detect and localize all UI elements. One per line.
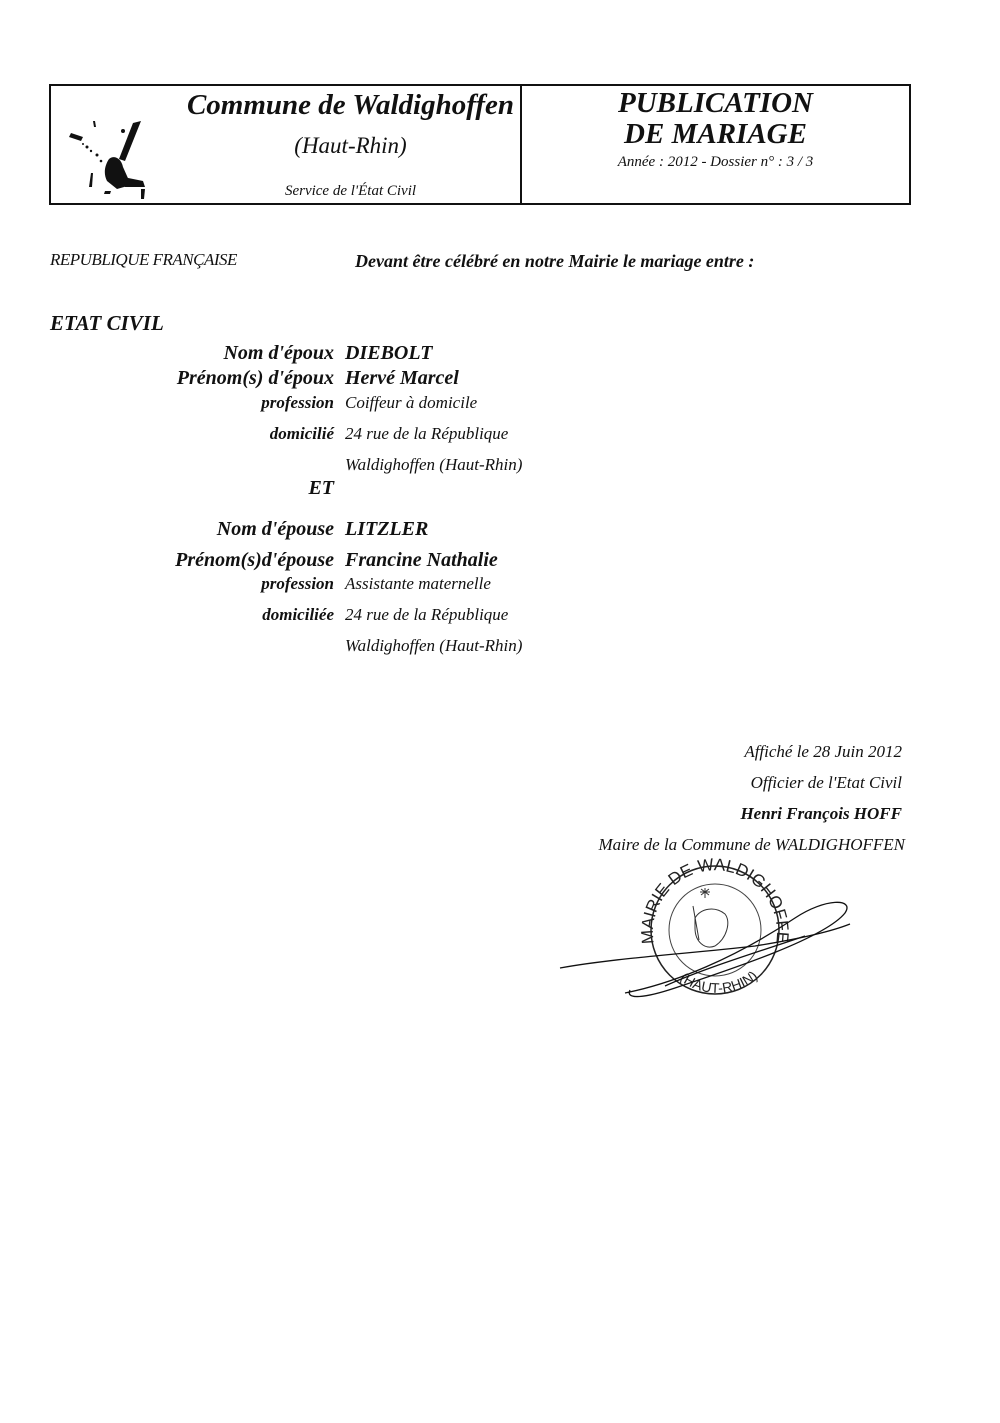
groom-address-line1: 24 rue de la République [345, 424, 508, 444]
service-name: Service de l'État Civil [181, 183, 520, 200]
bride-address-row: domiciliée 24 rue de la République [0, 605, 508, 625]
groom-address-row-2: Waldighoffen (Haut-Rhin) [0, 455, 522, 475]
intro-text: Devant être célébré en notre Mairie le m… [355, 251, 754, 272]
conjunction: ET [0, 477, 345, 500]
department: (Haut-Rhin) [181, 133, 520, 159]
groom-firstname-row: Prénom(s) d'époux Hervé Marcel [0, 367, 459, 390]
seal-bottom-text: (HAUT-RHIN) [677, 967, 760, 996]
bride-address-line1: 24 rue de la République [345, 605, 508, 625]
groom-profession: Coiffeur à domicile [345, 393, 477, 413]
groom-profession-row: profession Coiffeur à domicile [0, 393, 477, 413]
groom-firstname: Hervé Marcel [345, 367, 459, 390]
officer-name: Henri François HOFF [599, 804, 903, 835]
bride-address-row-2: Waldighoffen (Haut-Rhin) [0, 636, 522, 656]
official-seal-icon: MAIRIE DE WALDIGHOFFEN (HAUT-RHIN) [555, 858, 865, 1003]
commune-block: Commune de Waldighoffen (Haut-Rhin) Serv… [51, 86, 522, 203]
document-header: Commune de Waldighoffen (Haut-Rhin) Serv… [49, 84, 911, 205]
commune-logo-icon [61, 111, 171, 201]
bride-profession: Assistante maternelle [345, 574, 491, 594]
groom-domicile-label: domicilié [0, 424, 345, 444]
bride-firstname-row: Prénom(s)d'épouse Francine Nathalie [0, 549, 498, 572]
groom-firstname-label: Prénom(s) d'époux [0, 367, 345, 390]
seal-top-text: MAIRIE DE WALDIGHOFFEN [555, 858, 792, 945]
groom-surname-label: Nom d'époux [0, 342, 345, 365]
groom-surname-row: Nom d'époux DIEBOLT [0, 342, 432, 365]
title-line-1: PUBLICATION [522, 88, 909, 119]
republique-label: REPUBLIQUE FRANÇAISE [50, 250, 237, 270]
svg-text:MAIRIE DE WALDIGHOFFEN: MAIRIE DE WALDIGHOFFEN [555, 858, 792, 945]
groom-profession-label: profession [0, 393, 345, 413]
officer-title: Officier de l'Etat Civil [599, 773, 903, 804]
commune-name: Commune de Waldighoffen [181, 89, 520, 122]
dossier-info: Année : 2012 - Dossier n° : 3 / 3 [522, 154, 909, 171]
conjunction-row: ET [0, 477, 345, 500]
document-title: PUBLICATION DE MARIAGE [522, 88, 909, 150]
signature-block: Affiché le 28 Juin 2012 Officier de l'Et… [599, 742, 903, 866]
bride-surname-label: Nom d'épouse [0, 518, 345, 541]
title-line-2: DE MARIAGE [522, 119, 909, 150]
bride-profession-label: profession [0, 574, 345, 594]
bride-firstname: Francine Nathalie [345, 549, 498, 572]
posted-date: Affiché le 28 Juin 2012 [599, 742, 903, 773]
bride-surname: LITZLER [345, 518, 428, 541]
bride-surname-row: Nom d'épouse LITZLER [0, 518, 428, 541]
publication-block: PUBLICATION DE MARIAGE Année : 2012 - Do… [522, 86, 909, 203]
bride-profession-row: profession Assistante maternelle [0, 574, 491, 594]
bride-firstname-label: Prénom(s)d'épouse [0, 549, 345, 572]
bride-domicile-label: domiciliée [0, 605, 345, 625]
section-title: ETAT CIVIL [50, 311, 164, 336]
groom-surname: DIEBOLT [345, 342, 432, 365]
groom-address-row: domicilié 24 rue de la République [0, 424, 508, 444]
svg-text:(HAUT-RHIN): (HAUT-RHIN) [677, 967, 760, 996]
groom-address-line2: Waldighoffen (Haut-Rhin) [345, 455, 522, 475]
bride-address-line2: Waldighoffen (Haut-Rhin) [345, 636, 522, 656]
